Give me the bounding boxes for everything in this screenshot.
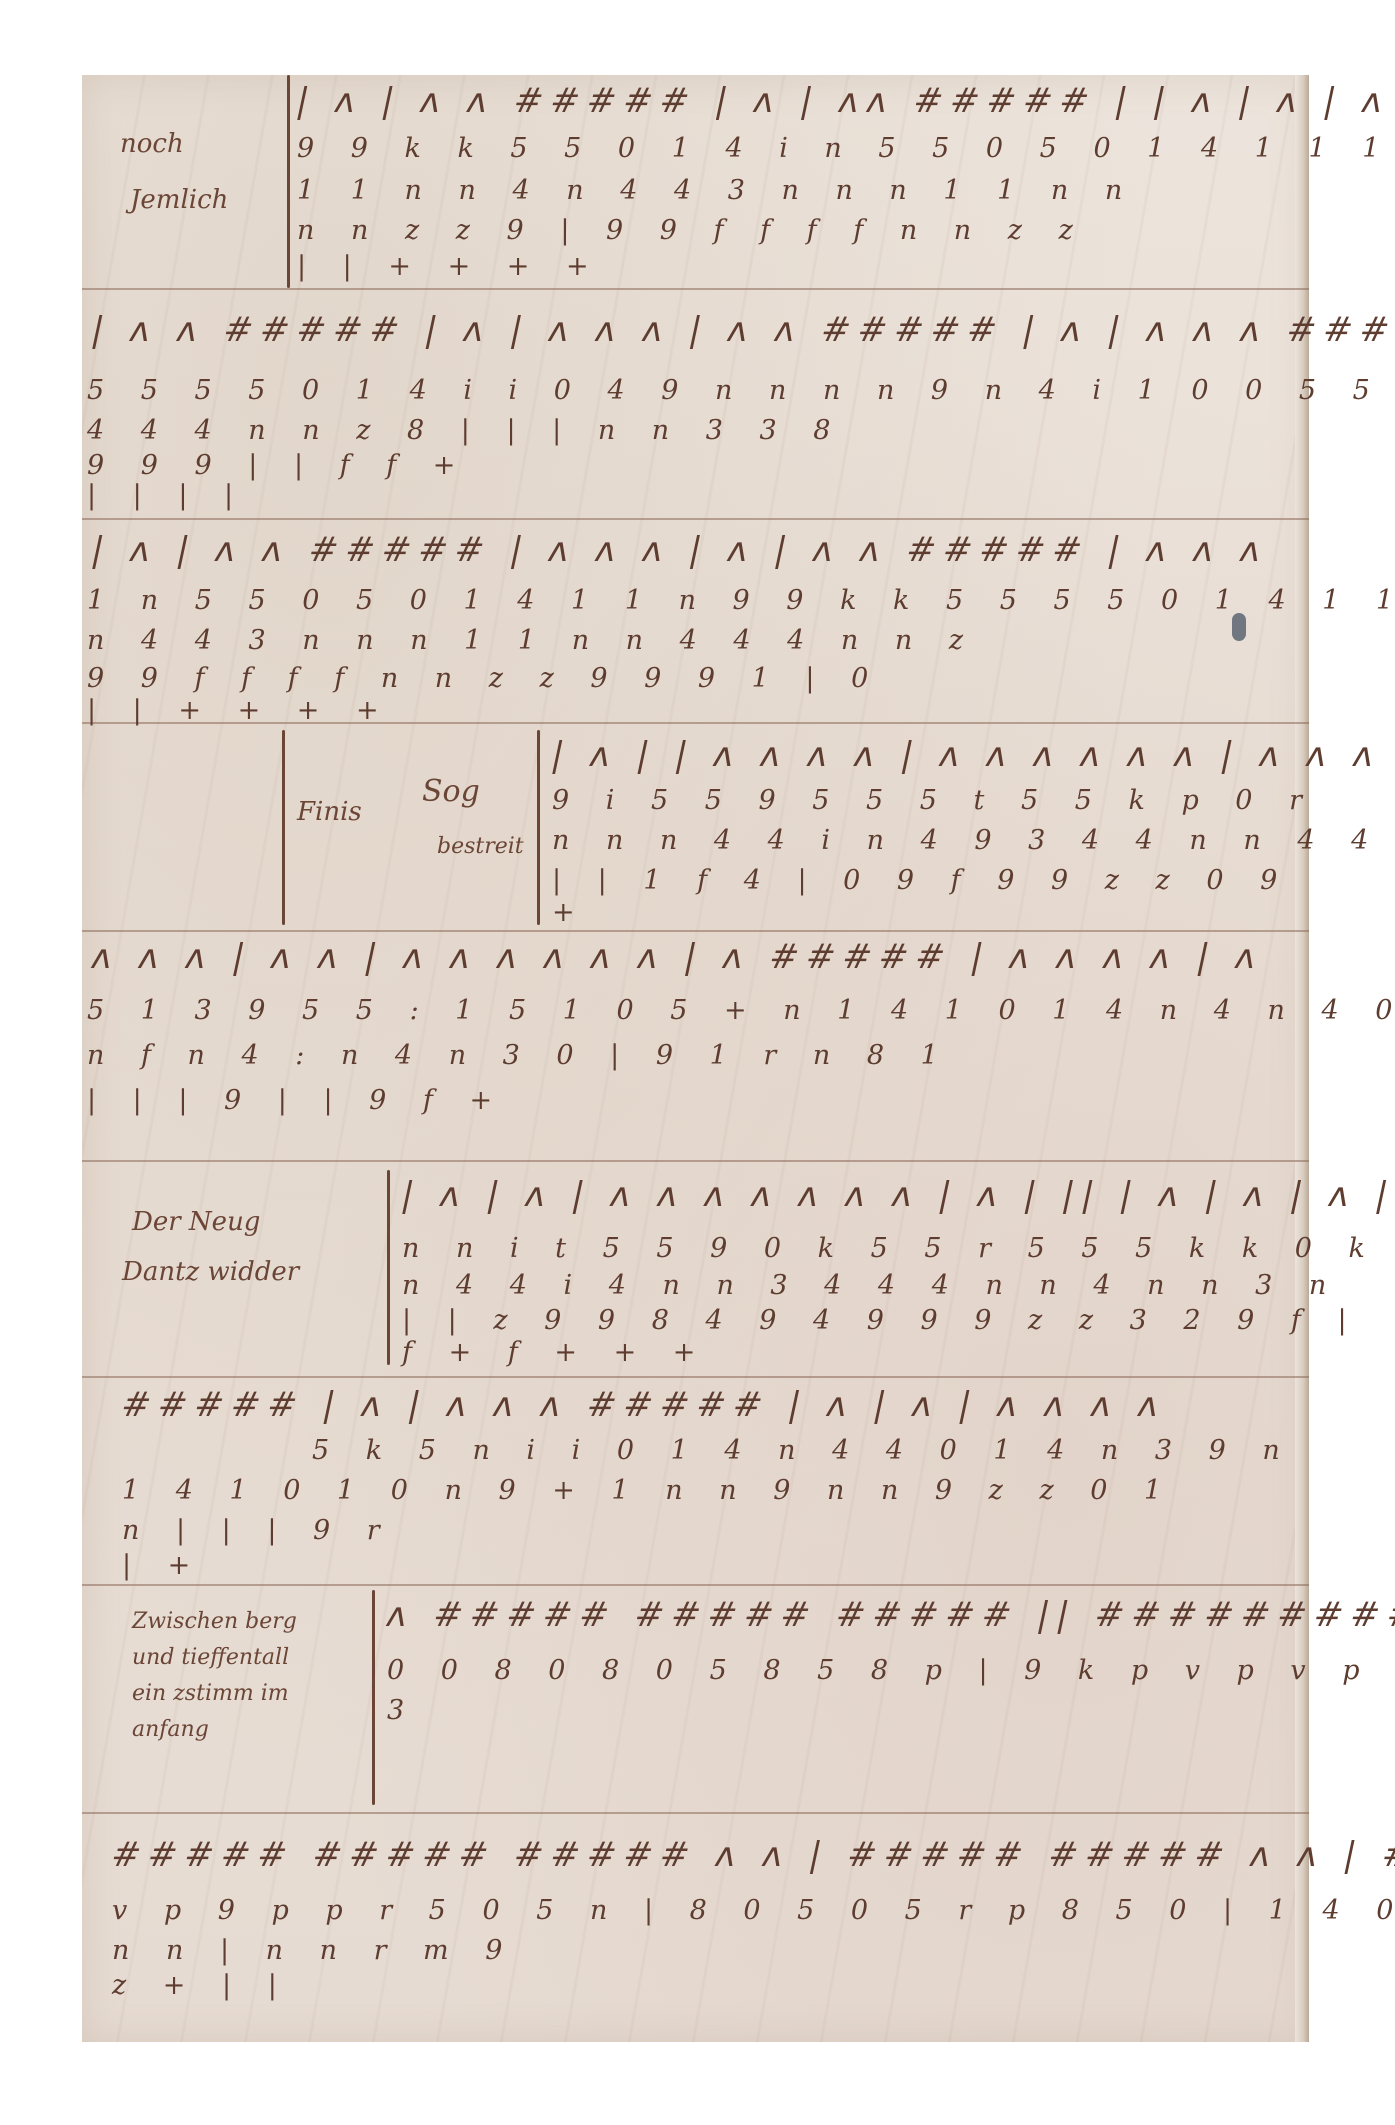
staff-separator (82, 930, 1309, 932)
tab-course-2: n n n 4 4 i n 4 9 3 4 4 n n 4 4 (552, 825, 1382, 856)
tab-course-3: 9 9 9 | | f f + (87, 450, 469, 481)
tab-course-3: 3 (387, 1695, 418, 1726)
piece-subtitle: bestreit (437, 830, 524, 864)
rhythm-signs: ʌ ##### ##### ##### || ######### ##### #… (383, 1595, 1395, 1635)
staff-separator (82, 518, 1309, 520)
rhythm-signs: | ʌ ʌ ##### | ʌ | ʌ ʌ ʌ | ʌ ʌ ##### | ʌ … (88, 310, 1395, 350)
tab-course-1: n n i t 5 5 9 0 k 5 5 r 5 5 5 k k 0 k 5 … (402, 1233, 1395, 1264)
tab-course-4: + (552, 897, 589, 928)
bar-line (387, 1170, 390, 1365)
piece-title: Zwischen berg (132, 1605, 297, 1639)
manuscript-page: noch Jemlich | ʌ | ʌ ʌ ##### | ʌ | ʌʌ ##… (82, 75, 1309, 2042)
piece-title: ein zstimm im (132, 1677, 289, 1711)
tab-course-2: n 4 4 i 4 n n 3 4 4 4 n n 4 n n 3 n (402, 1270, 1340, 1301)
tab-course-4: f + f + + + (402, 1337, 709, 1368)
tab-course-2: 4 4 4 n n z 8 | | | n n 3 3 8 (87, 415, 844, 446)
piece-title: Jemlich (130, 183, 228, 217)
rhythm-signs: | ʌ | ʌ ʌ ##### | ʌ | ʌʌ ##### | | ʌ | ʌ… (293, 81, 1395, 121)
tab-course-3: | | z 9 9 8 4 9 4 9 9 9 z z 3 2 9 f | (402, 1305, 1361, 1336)
staff-separator (82, 288, 1309, 290)
finis-marker: Finis (297, 795, 362, 829)
tab-course-4: | + (122, 1550, 204, 1581)
tab-course-1: 5 k 5 n i i 0 1 4 n 4 4 0 1 4 n 3 9 n (312, 1435, 1294, 1466)
tab-course-4: | | + + + + (87, 695, 393, 726)
tab-course-1: 5 5 5 5 0 1 4 i i 0 4 9 n n n n 9 n 4 i … (87, 375, 1395, 406)
tab-course-3: | | | 9 | | 9 f + (87, 1085, 506, 1116)
staff-separator (82, 1812, 1309, 1814)
tab-course-3: n n z z 9 | 9 9 f f f f n n z z (297, 215, 1087, 246)
bar-line (372, 1590, 375, 1805)
piece-title: und tieffentall (132, 1641, 289, 1675)
tab-course-2: 1 1 n n 4 n 4 4 3 n n n 1 1 n n (297, 175, 1136, 206)
tab-course-3: | | 1 f 4 | 0 9 f 9 9 z z 0 9 (552, 865, 1291, 896)
piece-title: noch (120, 127, 184, 161)
tab-course-2: n 4 4 3 n n n 1 1 n n 4 4 4 n n z (87, 625, 977, 656)
staff-separator (82, 1376, 1309, 1378)
tab-course-1: 5 1 3 9 5 5 : 1 5 1 0 5 + n 1 4 1 0 1 4 … (87, 995, 1395, 1026)
piece-title: Der Neug (132, 1205, 260, 1239)
piece-title: Sog (422, 775, 480, 809)
bar-line (287, 75, 290, 288)
tab-course-1: 0 0 8 0 8 0 5 8 5 8 p | 9 k p v p v p k … (387, 1655, 1395, 1686)
page-edge (1295, 75, 1309, 2042)
tab-course-2: n n | n n r m 9 (112, 1935, 516, 1966)
rhythm-signs: | ʌ | | ʌ ʌ ʌ ʌ | ʌ ʌ ʌ ʌ ʌ ʌ | ʌ ʌ ʌ ʌ (548, 735, 1395, 775)
rhythm-signs: | ʌ | ʌ ʌ ##### | ʌ ʌ ʌ | ʌ | ʌ ʌ ##### … (88, 530, 1273, 570)
rhythm-signs: | ʌ | ʌ | ʌ ʌ ʌ ʌ ʌ ʌ ʌ | ʌ | || | ʌ | ʌ… (398, 1175, 1395, 1215)
rhythm-signs: ##### | ʌ | ʌ ʌ ʌ ##### | ʌ | ʌ | ʌ ʌ ʌ … (118, 1385, 1171, 1425)
staff-separator (82, 1160, 1309, 1162)
tab-course-3: n | | | 9 r (122, 1515, 394, 1546)
tab-course-1: v p 9 p p r 5 0 5 n | 8 0 5 0 5 r p 8 5 … (112, 1895, 1395, 1926)
piece-title: anfang (132, 1713, 209, 1747)
bar-line (282, 730, 285, 925)
rhythm-signs: ##### ##### ##### ʌ ʌ | ##### ##### ʌ ʌ … (108, 1835, 1395, 1875)
tab-course-4: | | + + + + (297, 251, 603, 282)
tab-course-4: | | | | (87, 480, 247, 511)
tab-course-1: 1 n 5 5 0 5 0 1 4 1 1 n 9 9 k k 5 5 5 5 … (87, 585, 1395, 616)
tab-course-3: 9 9 f f f f n n z z 9 9 9 1 | 0 (87, 663, 882, 694)
tab-course-2: n f n 4 : n 4 n 3 0 | 9 1 r n 8 1 (87, 1040, 952, 1071)
rhythm-signs: ʌ ʌ ʌ | ʌ ʌ | ʌ ʌ ʌ ʌ ʌ ʌ | ʌ ##### | ʌ … (88, 937, 1268, 977)
tab-course-1: 9 9 k k 5 5 0 1 4 i n 5 5 0 5 0 1 4 1 1 … (297, 133, 1395, 164)
staff-separator (82, 1584, 1309, 1586)
piece-title: Dantz widder (122, 1255, 299, 1289)
bar-line (537, 730, 540, 925)
tab-course-3: z + | | (112, 1970, 291, 2001)
tab-course-1: 9 i 5 5 9 5 5 5 t 5 5 k p 0 r (552, 785, 1316, 816)
tab-course-2: 1 4 1 0 1 0 n 9 + 1 n n 9 n n 9 z z 0 1 (122, 1475, 1175, 1506)
ink-blot (1232, 613, 1246, 641)
